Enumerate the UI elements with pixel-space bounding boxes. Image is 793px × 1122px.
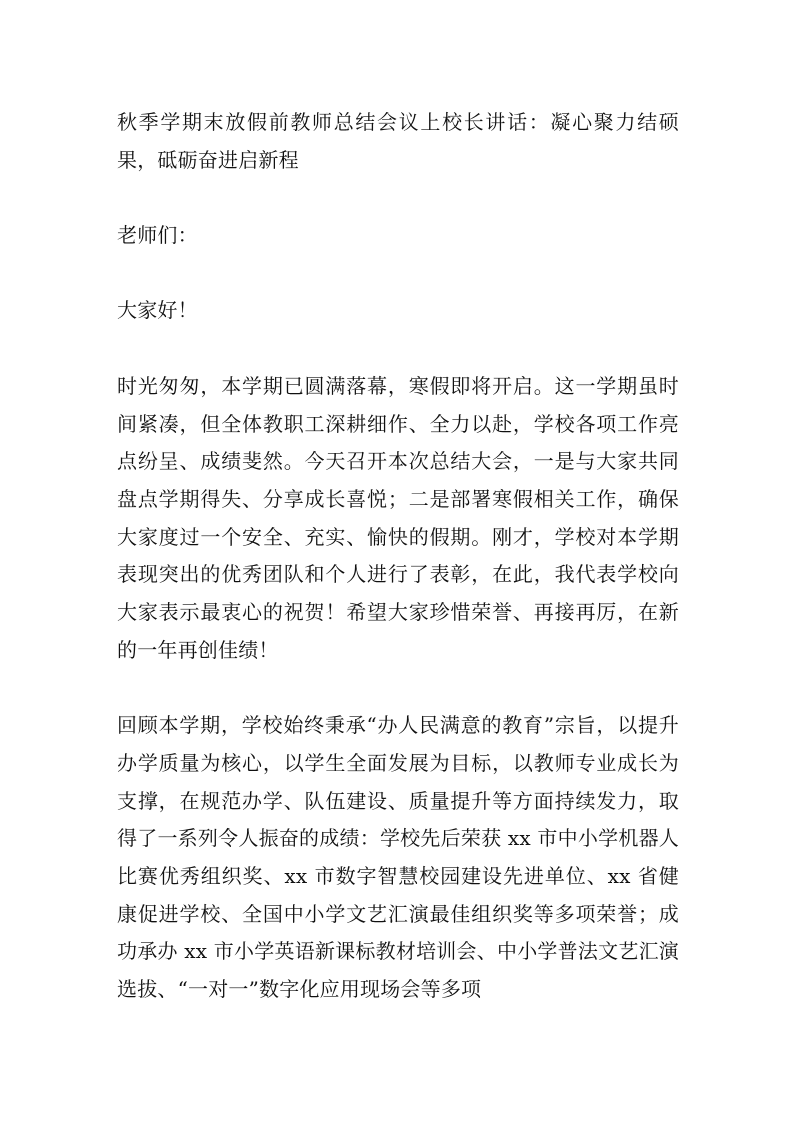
body-paragraph-1: 时光匆匆，本学期已圆满落幕，寒假即将开启。这一学期虽时间紧凑，但全体教职工深耕细… xyxy=(117,368,679,670)
greeting: 大家好！ xyxy=(117,292,679,330)
document-page: 秋季学期末放假前教师总结会议上校长讲话：凝心聚力结硕果，砥砺奋进启新程 老师们：… xyxy=(117,104,679,1047)
document-title: 秋季学期末放假前教师总结会议上校长讲话：凝心聚力结硕果，砥砺奋进启新程 xyxy=(117,104,679,179)
salutation: 老师们： xyxy=(117,217,679,255)
body-paragraph-2: 回顾本学期，学校始终秉承“办人民满意的教育”宗旨，以提升办学质量为核心，以学生全… xyxy=(117,707,679,1009)
